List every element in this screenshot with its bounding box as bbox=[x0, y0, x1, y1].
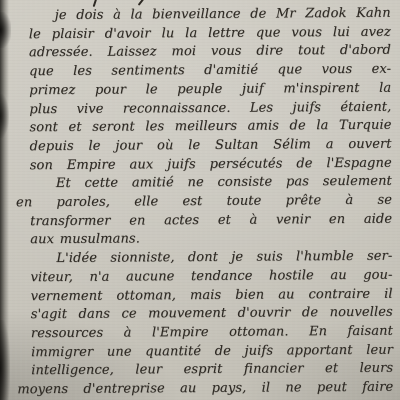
stray-ink-mark bbox=[138, 0, 145, 6]
letter-body: je dois à la bienveillance de Mr Zadok K… bbox=[0, 5, 400, 400]
scan-edge-blotch bbox=[0, 12, 11, 48]
manuscript-line: plus vive reconnaissance. Les juifs étai… bbox=[29, 98, 391, 119]
manuscript-line: s'agit dans ce mouvement d'ouvrir de nou… bbox=[31, 304, 393, 325]
manuscript-line: je dois à la bienveillance de Mr Zadok K… bbox=[29, 5, 391, 26]
scan-edge-blotch bbox=[0, 320, 10, 400]
manuscript-line: viteur, n'a aucune tendance hostile au g… bbox=[30, 267, 392, 288]
manuscript-page: je dois à la bienveillance de Mr Zadok K… bbox=[0, 0, 400, 400]
manuscript-line: son Empire aux juifs persécutés de l'Esp… bbox=[30, 154, 392, 175]
manuscript-line: en paroles, elle est toute prête à se bbox=[16, 192, 392, 213]
manuscript-line: vernement ottoman, mais bien au contrair… bbox=[31, 285, 393, 306]
manuscript-line: ressources à l'Empire ottoman. En faisan… bbox=[31, 323, 393, 344]
manuscript-line: sont et seront les meilleurs amis de la … bbox=[29, 117, 391, 138]
manuscript-line: que les sentiments d'amitié que vous ex- bbox=[29, 61, 391, 82]
manuscript-line: depuis le jour où le Sultan Sélim a ouve… bbox=[30, 136, 392, 157]
manuscript-line: le plaisir d'avoir lu la lettre que vous… bbox=[29, 23, 391, 44]
scan-edge-blotch bbox=[0, 94, 9, 138]
manuscript-line: transformer en actes et à venir en aide bbox=[30, 210, 392, 231]
manuscript-line: Et cette amitié ne consiste pas seulemen… bbox=[30, 173, 392, 194]
manuscript-line: immigrer une quantité de juifs apportant… bbox=[31, 341, 393, 362]
manuscript-line: adressée. Laissez moi vous dire tout d'a… bbox=[29, 42, 391, 63]
manuscript-line: primez pour le peuple juif m'inspirent l… bbox=[29, 79, 391, 100]
manuscript-line: intelligence, leur esprit financier et l… bbox=[31, 360, 393, 381]
manuscript-line: aux musulmans. bbox=[30, 229, 392, 250]
manuscript-line: L'idée sionniste, dont je suis l'humble … bbox=[30, 248, 392, 269]
manuscript-line: moyens d'entreprise au pays, il ne peut … bbox=[17, 379, 393, 400]
